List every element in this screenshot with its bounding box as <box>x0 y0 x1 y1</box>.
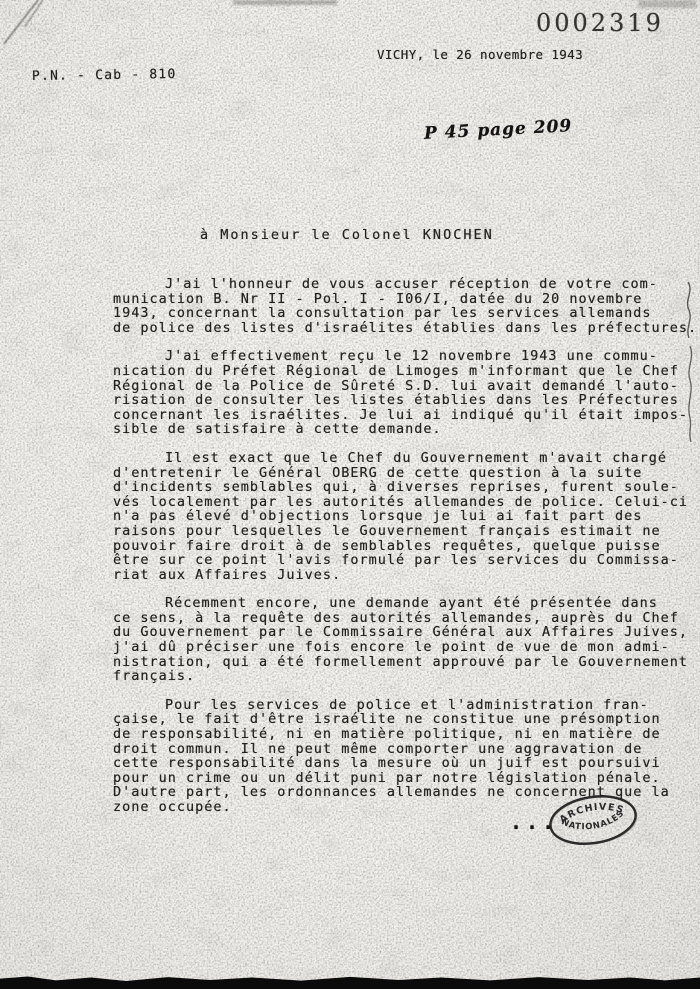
text-line: d'incidents semblables qui, à diverses r… <box>113 480 699 495</box>
text-line: de police des listes d'israélites établi… <box>113 321 699 336</box>
text-line: Récemment encore, une demande ayant été … <box>113 596 699 611</box>
text-line: nistration, qui a été formellement appro… <box>113 655 699 670</box>
reference-code: P.N. - Cab - 810 <box>32 67 177 84</box>
text-line: J'ai effectivement reçu le 12 novembre 1… <box>113 349 699 364</box>
text-line: pouvoir faire droit à de semblables requ… <box>113 539 699 554</box>
paragraph: J'ai effectivement reçu le 12 novembre 1… <box>113 349 699 437</box>
scanned-letter-page: 0002319 VICHY, le 26 novembre 1943 P.N. … <box>0 0 700 989</box>
scan-edge-bottom-bar <box>0 973 700 989</box>
margin-pen-mark <box>680 276 700 446</box>
text-line: j'ai dû préciser une fois encore le poin… <box>113 640 699 655</box>
paragraph: J'ai l'honneur de vous accuser réception… <box>113 277 699 335</box>
text-line: Régional de la Police de Sûreté S.D. lui… <box>113 379 699 394</box>
text-line: du Gouvernement par le Commissaire Génér… <box>113 625 699 640</box>
text-line: risation de consulter les listes établie… <box>113 393 699 408</box>
text-line: pour un crime ou un délit puni par notre… <box>113 771 699 786</box>
body-text: J'ai l'honneur de vous accuser réception… <box>113 277 699 829</box>
paragraph: Récemment encore, une demande ayant été … <box>113 596 699 684</box>
dateline: VICHY, le 26 novembre 1943 <box>377 47 583 62</box>
text-line: de responsabilité, ni en matière politiq… <box>113 727 699 742</box>
text-line: cette responsabilité dans la mesure où u… <box>113 756 699 771</box>
scan-crease-top-left-2 <box>24 0 48 27</box>
scan-smudge-top <box>233 0 337 5</box>
text-line: 1943, concernant la consultation par les… <box>113 306 699 321</box>
text-line: n'a pas élevé d'objections lorsque je lu… <box>113 509 699 524</box>
text-line: français. <box>113 669 699 684</box>
text-line: raisons pour lesquelles le Gouvernement … <box>113 524 699 539</box>
text-line: être sur ce point l'avis formulé par les… <box>113 553 699 568</box>
handwritten-annotation: P 45 page 209 <box>424 116 573 144</box>
text-line: sible de satisfaire à cette demande. <box>113 422 699 437</box>
scan-crease-top-left <box>3 0 39 45</box>
text-line: riat aux Affaires Juives. <box>113 568 699 583</box>
text-line: munication B. Nr II - Pol. I - I06/I, da… <box>113 292 699 307</box>
text-line: J'ai l'honneur de vous accuser réception… <box>113 277 699 292</box>
scan-smudge-top-right <box>638 0 696 8</box>
text-line: d'entretenir le Général OBERG de cette q… <box>113 466 699 481</box>
paragraph: Il est exact que le Chef du Gouvernement… <box>113 451 699 582</box>
salutation: à Monsieur le Colonel KNOCHEN <box>200 227 494 243</box>
text-line: çaise, le fait d'être israélite ne const… <box>113 712 699 727</box>
registry-stamp-number: 0002319 <box>536 9 664 37</box>
text-line: nication du Préfet Régional de Limoges m… <box>113 364 699 379</box>
text-line: Il est exact que le Chef du Gouvernement… <box>113 451 699 466</box>
